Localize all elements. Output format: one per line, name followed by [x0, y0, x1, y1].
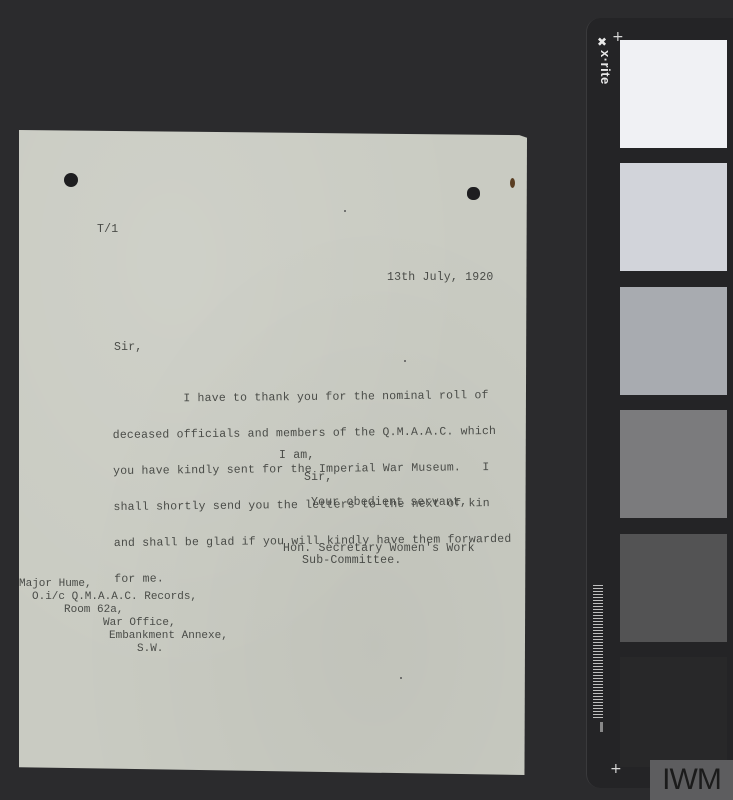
- gray-swatch: [620, 40, 727, 148]
- brand-label: x·rite: [598, 50, 613, 85]
- body-line: for me.: [114, 570, 512, 586]
- gray-swatch: [620, 534, 727, 642]
- iwm-watermark: IWM: [650, 760, 733, 800]
- gray-swatch: [620, 410, 727, 518]
- scale-ruler: [593, 585, 603, 720]
- closing-line: Sir,: [304, 472, 332, 484]
- letter-page: T/1 13th July, 1920 Sir, I have to thank…: [19, 130, 527, 775]
- address-line: S.W.: [137, 643, 163, 656]
- letter-date: 13th July, 1920: [387, 272, 494, 284]
- gray-swatch: [620, 163, 727, 271]
- paper-speck: [344, 210, 346, 212]
- closing-line: Your obedient servant,: [311, 497, 467, 509]
- ruler-unit-label: [600, 722, 603, 732]
- closing-line: I am,: [279, 450, 315, 462]
- address-line: O.i/c Q.M.A.A.C. Records,: [32, 591, 197, 604]
- rust-stain: [510, 178, 515, 188]
- body-line: I have to thank you for the nominal roll…: [112, 390, 510, 406]
- xrite-logo-icon: ✖: [597, 36, 609, 48]
- punch-hole: [467, 187, 480, 200]
- body-line: deceased officials and members of the Q.…: [113, 426, 511, 442]
- address-line: Embankment Annexe,: [109, 630, 228, 643]
- reference-number: T/1: [97, 224, 118, 236]
- address-line: War Office,: [103, 617, 176, 630]
- gray-swatch: [620, 287, 727, 395]
- address-line: Major Hume,: [19, 578, 92, 591]
- letter-body: I have to thank you for the nominal roll…: [112, 366, 512, 610]
- signature-line: Sub-Committee.: [302, 555, 401, 567]
- punch-hole: [64, 173, 78, 187]
- paper-speck: [400, 677, 402, 679]
- address-line: Room 62a,: [64, 604, 123, 617]
- salutation: Sir,: [114, 342, 142, 354]
- gray-swatch: [620, 657, 727, 767]
- paper-speck: [404, 360, 406, 362]
